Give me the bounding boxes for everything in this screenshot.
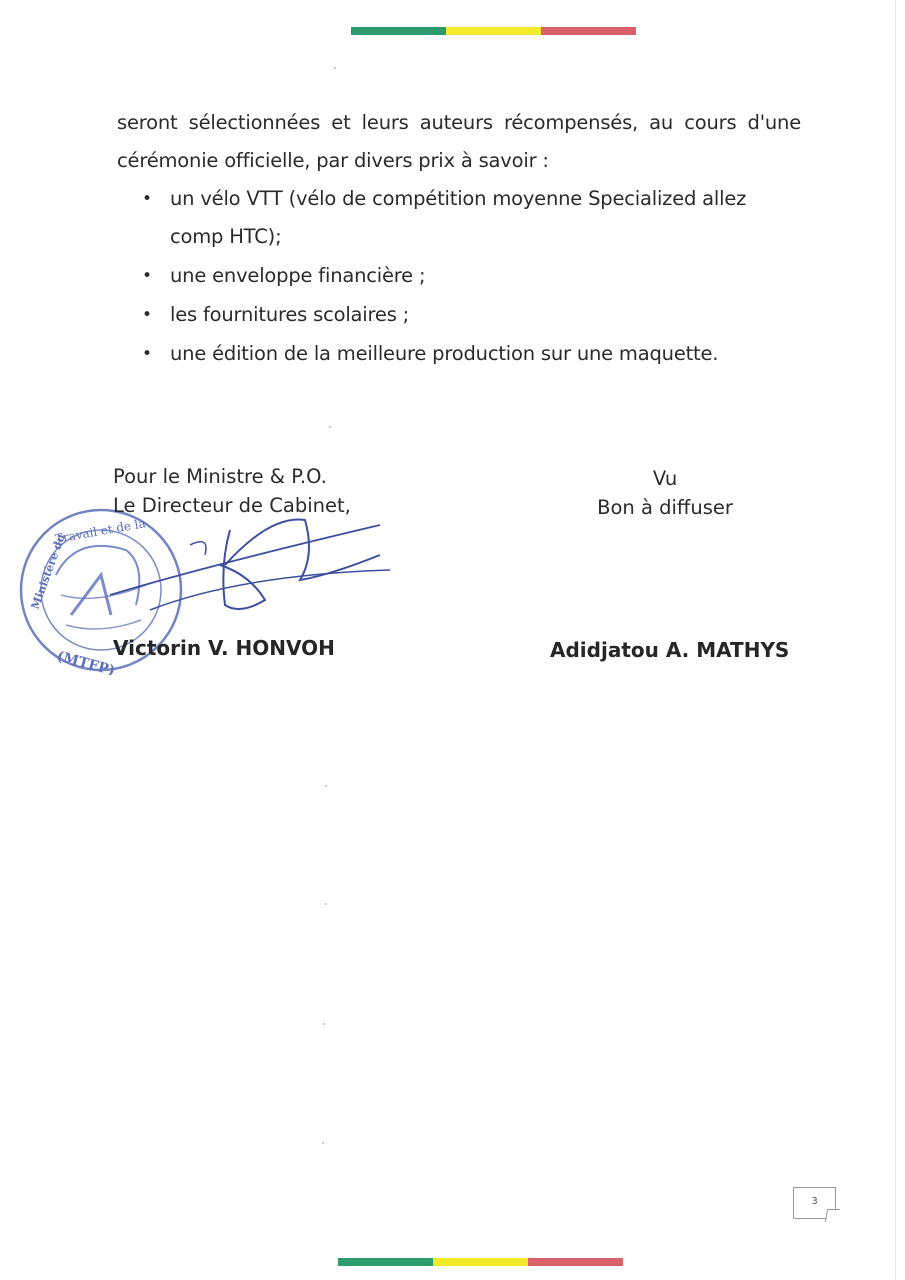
prize-item: une enveloppe financière ; <box>140 257 802 295</box>
paragraph-line-1: seront sélectionnées et leurs auteurs ré… <box>117 104 801 142</box>
prize-item: un vélo VTT (vélo de compétition moyenne… <box>140 180 790 256</box>
flag-red <box>541 27 636 35</box>
page-curl-icon <box>825 1209 840 1222</box>
scan-speck <box>329 426 331 428</box>
left-signatory-name: Victorin V. HONVOH <box>113 636 335 660</box>
page-edge <box>895 0 896 1280</box>
intro-paragraph: seront sélectionnées et leurs auteurs ré… <box>117 104 801 180</box>
prize-list: un vélo VTT (vélo de compétition moyenne… <box>140 180 802 374</box>
handwritten-signature-icon <box>90 495 400 625</box>
right-signatory-name: Adidjatou A. MATHYS <box>550 638 789 662</box>
prize-item: une édition de la meilleure production s… <box>140 335 802 373</box>
prize-item: les fournitures scolaires ; <box>140 296 802 334</box>
flag-red <box>528 1258 623 1266</box>
flag-yellow <box>433 1258 528 1266</box>
page-number-box: 3 <box>793 1187 836 1219</box>
flag-yellow <box>446 27 541 35</box>
flag-green <box>351 27 446 35</box>
right-signatory-title: Vu Bon à diffuser <box>560 464 770 522</box>
header-flag-bar <box>351 27 636 35</box>
scan-speck <box>325 785 327 787</box>
left-title-line-1: Pour le Ministre & P.O. <box>113 462 351 491</box>
paragraph-line-2: cérémonie officielle, par divers prix à … <box>117 149 549 172</box>
svg-text:(MTFP): (MTFP) <box>55 648 117 675</box>
scan-speck <box>325 903 327 905</box>
flag-green <box>338 1258 433 1266</box>
right-title-line-1: Vu <box>560 464 770 493</box>
page-number: 3 <box>811 1196 817 1207</box>
footer-flag-bar <box>338 1258 623 1266</box>
scan-speck <box>334 67 336 69</box>
scan-speck <box>323 1023 325 1025</box>
scan-speck <box>322 1142 324 1144</box>
right-title-line-2: Bon à diffuser <box>560 493 770 522</box>
